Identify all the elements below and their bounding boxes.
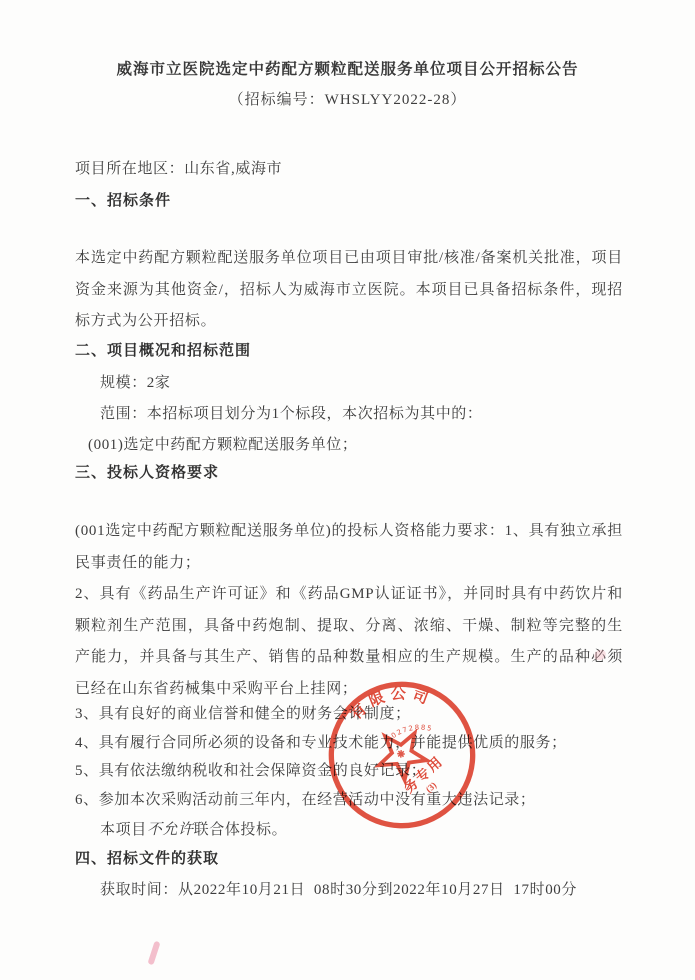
section-3-heading: 三、投标人资格要求: [75, 463, 625, 483]
joint-bid-emphasis: 不允许: [147, 822, 194, 838]
project-region-line: 项目所在地区：山东省,威海市: [75, 159, 625, 179]
joint-bid-prefix: 本项目: [100, 822, 147, 838]
seal-star-center-ornament: [396, 749, 407, 760]
document-page: 威海市立医院选定中药配方颗粒配送服务单位项目公开招标公告 （招标编号：WHSLY…: [0, 0, 695, 980]
section-1-heading: 一、招标条件: [75, 191, 625, 211]
tender-number: （招标编号：WHSLYY2022-28）: [0, 88, 695, 109]
document-title: 威海市立医院选定中药配方颗粒配送服务单位项目公开招标公告: [0, 57, 695, 79]
section-2-heading: 二、项目概况和招标范围: [75, 341, 625, 361]
company-seal-stamp: 有限公司 务专用 (3) 0272885: [326, 679, 478, 831]
section-4-heading: 四、招标文件的获取: [75, 849, 625, 869]
section-1-body: 本选定中药配方颗粒配送服务单位项目已由项目审批/核准/备案机关批准，项目资金来源…: [75, 243, 623, 338]
pink-ink-mark: [147, 941, 160, 966]
qualification-requirement-1: (001选定中药配方颗粒配送服务单位)的投标人资格能力要求：1、具有独立承担民事…: [75, 516, 623, 579]
obtain-time-line: 获取时间：从2022年10月21日 08时30分到2022年10月27日 17时…: [100, 880, 625, 900]
scale-line: 规模：2家: [100, 373, 625, 393]
lot-line: (001)选定中药配方颗粒配送服务单位；: [88, 435, 625, 455]
joint-bid-suffix: 联合体投标。: [194, 822, 288, 838]
scope-line: 范围：本招标项目划分为1个标段，本次招标为其中的：: [100, 404, 625, 424]
